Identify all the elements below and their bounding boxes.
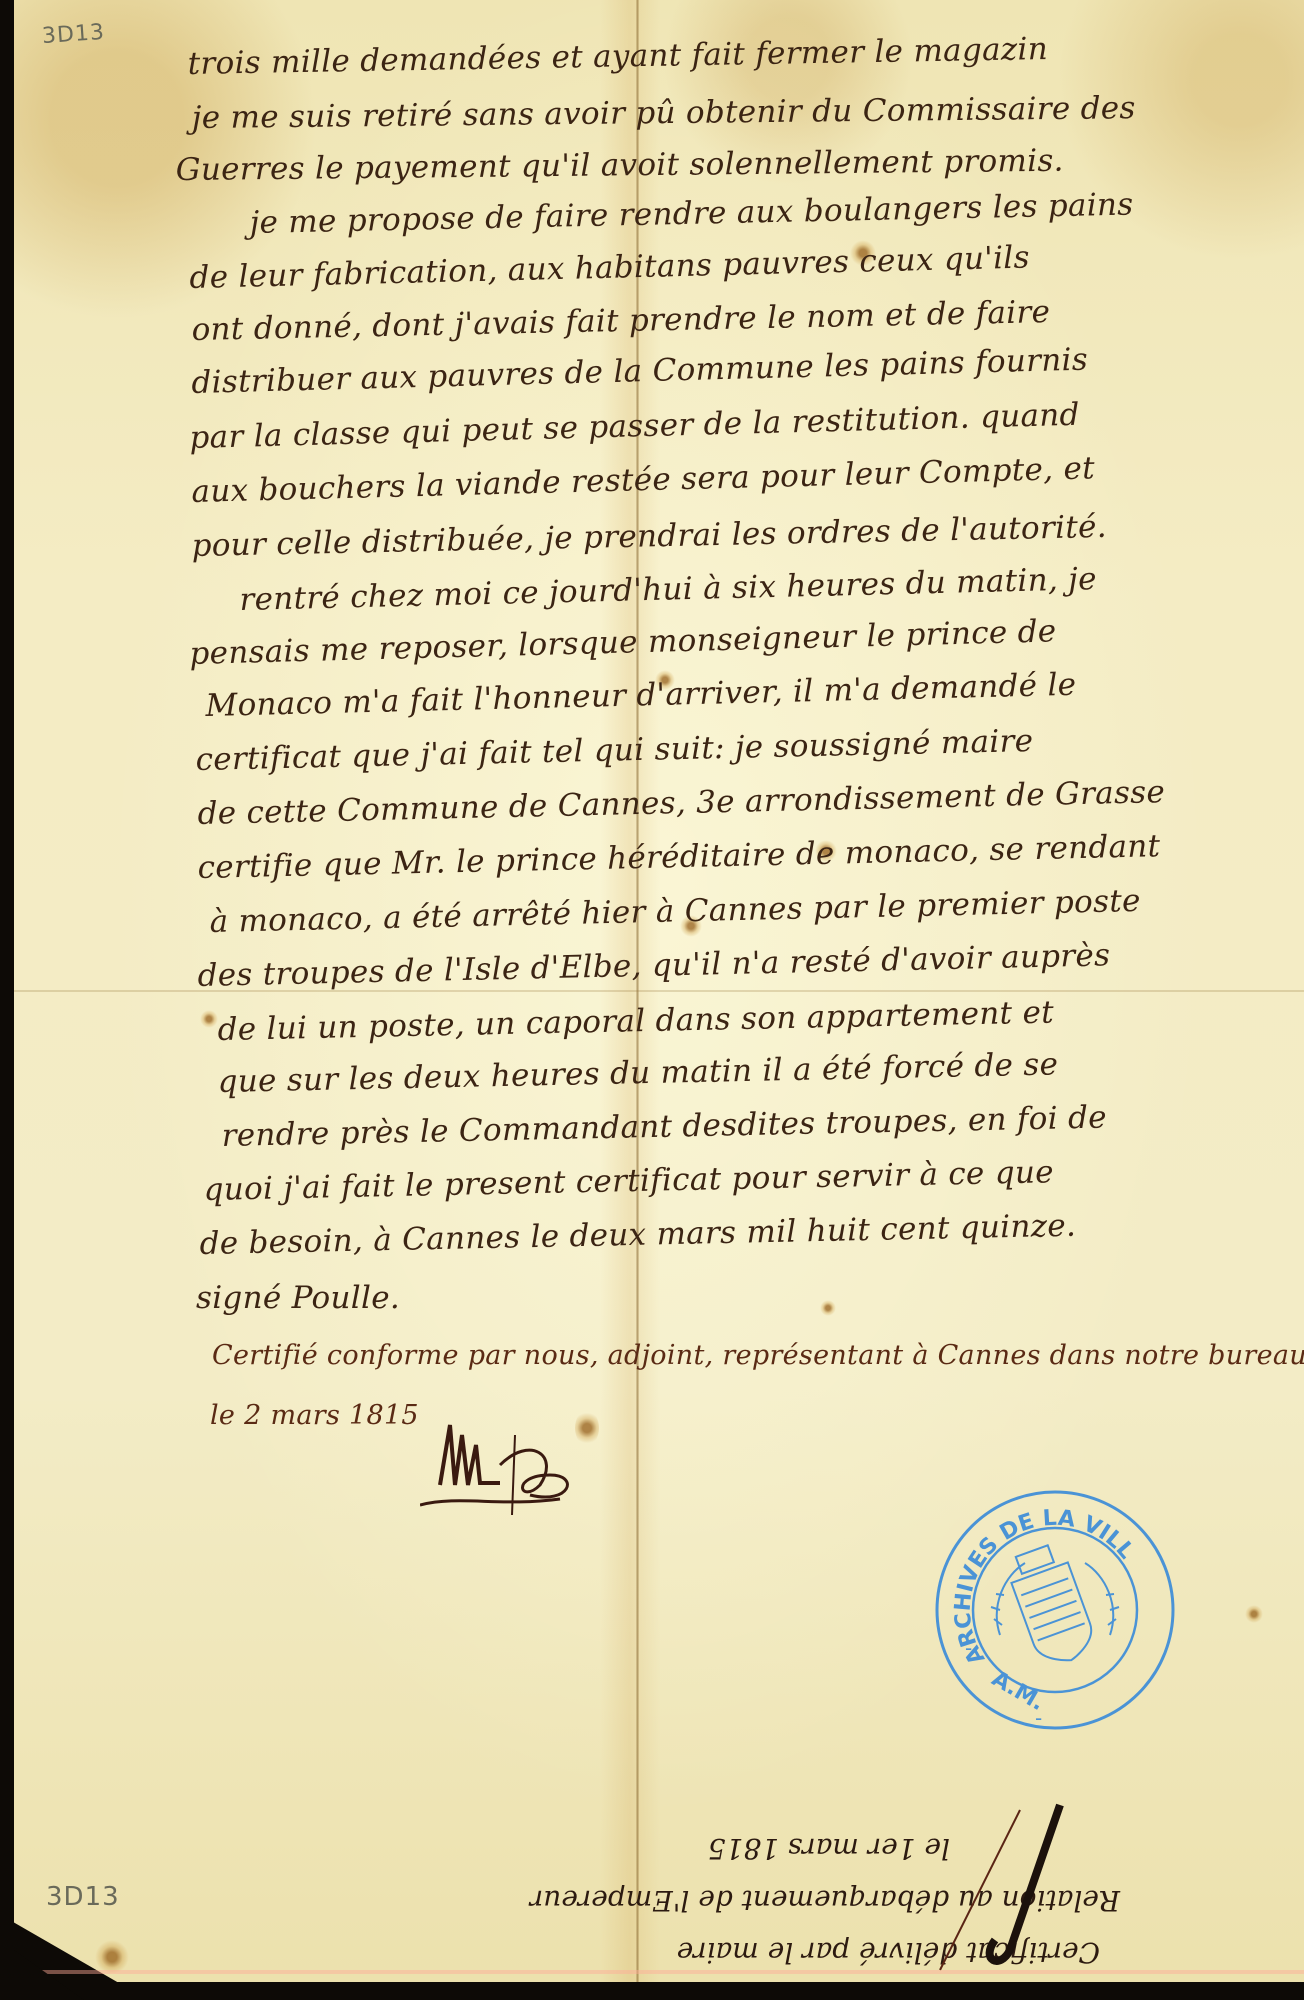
stamp-outer-text: ARCHIVES DE LA VILLE DE CANNES xyxy=(930,1485,1141,1688)
text-line: Monaco m'a fait l'honneur d'arriver, il … xyxy=(205,667,1077,724)
text-line: à monaco, a été arrêté hier à Cannes par… xyxy=(209,883,1141,940)
text-line: signé Poulle. xyxy=(196,1280,400,1316)
text-line: de besoin, à Cannes le deux mars mil hui… xyxy=(199,1208,1076,1262)
text-line: de cette Commune de Cannes, 3e arrondiss… xyxy=(197,774,1165,832)
text-line: distribuer aux pauvres de la Commune les… xyxy=(191,342,1088,401)
text-line: rendre près le Commandant desdites troup… xyxy=(221,1099,1107,1154)
svg-text:ARCHIVES DE LA VILLE DE CANNES: ARCHIVES DE LA VILLE DE CANNES xyxy=(930,1485,1141,1688)
text-line: je me suis retiré sans avoir pû obtenir … xyxy=(192,90,1136,136)
text-line: certifie que Mr. le prince héréditaire d… xyxy=(197,828,1161,886)
text-line: ont donné, dont j'avais fait prendre le … xyxy=(191,294,1050,348)
attestation-date: le 2 mars 1815 xyxy=(210,1400,419,1431)
text-line: trois mille demandées et ayant fait ferm… xyxy=(187,31,1048,82)
text-line: quoi j'ai fait le present certificat pou… xyxy=(203,1154,1054,1208)
text-line: Guerres le payement qu'il avoit solennel… xyxy=(176,143,1064,188)
coat-of-arms-icon xyxy=(991,1545,1119,1670)
text-line: je me propose de faire rendre aux boulan… xyxy=(249,186,1134,241)
endorsement-paraph xyxy=(900,1800,1120,1980)
scan-artifact-line xyxy=(30,1970,1304,1974)
text-line: pour celle distribuée, je prendrai les o… xyxy=(191,509,1107,564)
text-line: que sur les deux heures du matin il a ét… xyxy=(217,1046,1058,1100)
stamp-dash: - xyxy=(1035,1706,1042,1730)
text-line: par la classe qui peut se passer de la r… xyxy=(189,397,1080,456)
archive-stamp: ARCHIVES DE LA VILLE DE CANNES A.M. - - xyxy=(930,1485,1180,1735)
text-line: de leur fabrication, aux habitans pauvre… xyxy=(189,239,1030,296)
text-line: pensais me reposer, lorsque monseigneur … xyxy=(189,613,1057,672)
attestation-line: Certifié conforme par nous, adjoint, rep… xyxy=(212,1340,1304,1371)
text-line: certificat que j'ai fait tel qui suit: j… xyxy=(195,723,1033,778)
text-line: rentré chez moi ce jourd'hui à six heure… xyxy=(239,561,1097,618)
signature-flourish xyxy=(420,1395,620,1515)
text-line: aux bouchers la viande restée sera pour … xyxy=(191,450,1095,510)
text-line: des troupes de l'Isle d'Elbe, qu'il n'a … xyxy=(197,937,1111,994)
text-line: de lui un poste, un caporal dans son app… xyxy=(217,994,1054,1048)
stamp-dash: - xyxy=(965,1636,972,1660)
